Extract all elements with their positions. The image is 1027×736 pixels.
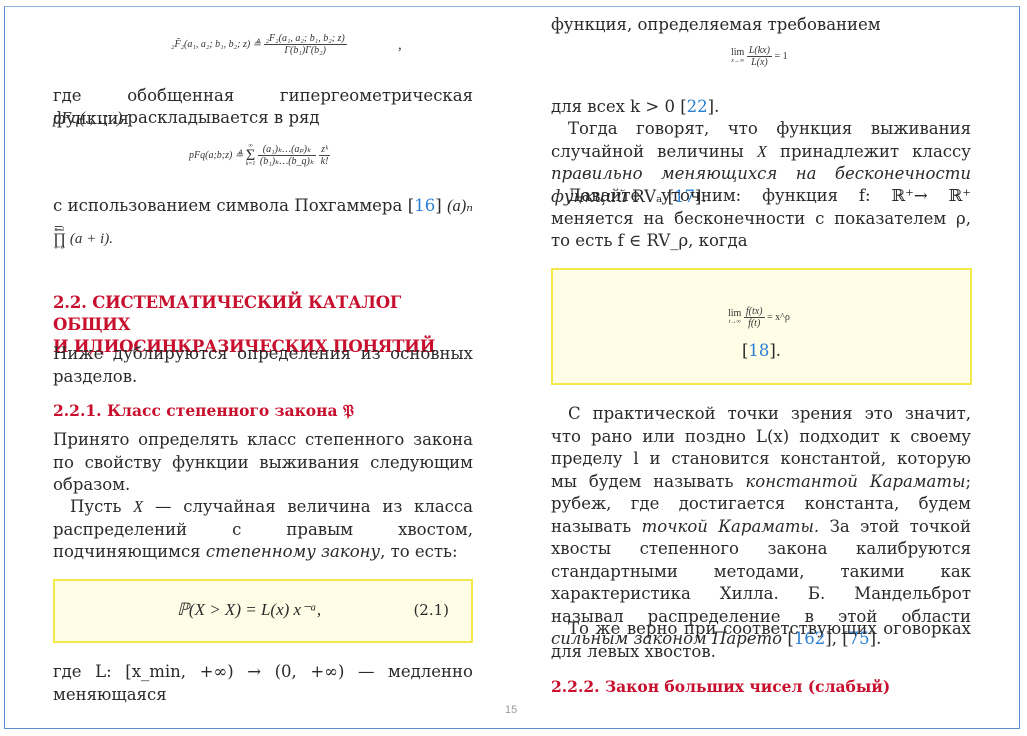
equation-box-2-1: ℙ(X > X) = L(x) x⁻ᵃ, (2.1)	[53, 579, 473, 643]
paragraph-function-defined: функция, определяемая требованием	[551, 14, 971, 37]
formula-citation: [18].	[553, 341, 970, 360]
paragraph-slowly-varying: где L: [x_min, +∞) → (0, +∞) — медленно …	[53, 661, 473, 706]
paragraph-left-tails: То же верно при соответствующих оговорка…	[551, 618, 971, 663]
heading-section-2-2-1: 2.2.1. Класс степенного закона 𝔓	[53, 401, 354, 421]
equation-number: (2.1)	[413, 601, 449, 619]
paragraph-karamata: С практической точки зрения это значит, …	[551, 403, 971, 651]
paragraph-power-law-class: Принято определять класс степенного зако…	[53, 429, 473, 497]
citation-link[interactable]: 18	[748, 341, 769, 360]
paragraph-hypergeometric-2: pFq(.; .; .) раскладывается в ряд	[53, 107, 473, 130]
formula-series: pFq(a;b;z) ≜ ∞ Σ k=1 (a₁)ₖ…(aₚ)ₖ (b₁)ₖ…(…	[189, 142, 330, 169]
formula-slowly-varying-limit: lim x→∞ L(kx) L(x) = 1	[731, 45, 788, 68]
citation-link[interactable]: 16	[414, 196, 435, 215]
citation-link[interactable]: 22	[687, 97, 708, 116]
formula-rv-limit: lim t→∞ f(tx) f(t) = x^ρ	[728, 306, 790, 329]
formula-product: n−1 ∏ i=0 (a + i).	[53, 226, 113, 253]
heading-section-2-2-2: 2.2.2. Закон больших чисел (слабый)	[551, 677, 890, 697]
equation-box-rv-limit: lim t→∞ f(tx) f(t) = x^ρ [18].	[551, 268, 972, 385]
paragraph-clarify-rv: Давайте уточним: функция f: ℝ⁺→ ℝ⁺ меняе…	[551, 185, 971, 253]
formula-regularized-hypergeometric: ₂F̃₂(a₁, a₂; b₁, b₂; z) ≜ ₂F₂(a₁, a₂; b₁…	[171, 33, 347, 56]
paragraph-random-variable: Пусть X — случайная величина из класса р…	[53, 496, 473, 564]
paragraph-pochhammer: с использованием символа Похгаммера [16]…	[53, 195, 473, 240]
paragraph-definitions: Ниже дублируются определения из основных…	[53, 343, 473, 388]
paragraph-for-all-k: для всех k > 0 [22].	[551, 96, 971, 119]
equation-2-1: ℙ(X > X) = L(x) x⁻ᵃ,	[177, 600, 321, 620]
formula-comma: ,	[398, 37, 402, 54]
page-number: 15	[505, 704, 517, 716]
